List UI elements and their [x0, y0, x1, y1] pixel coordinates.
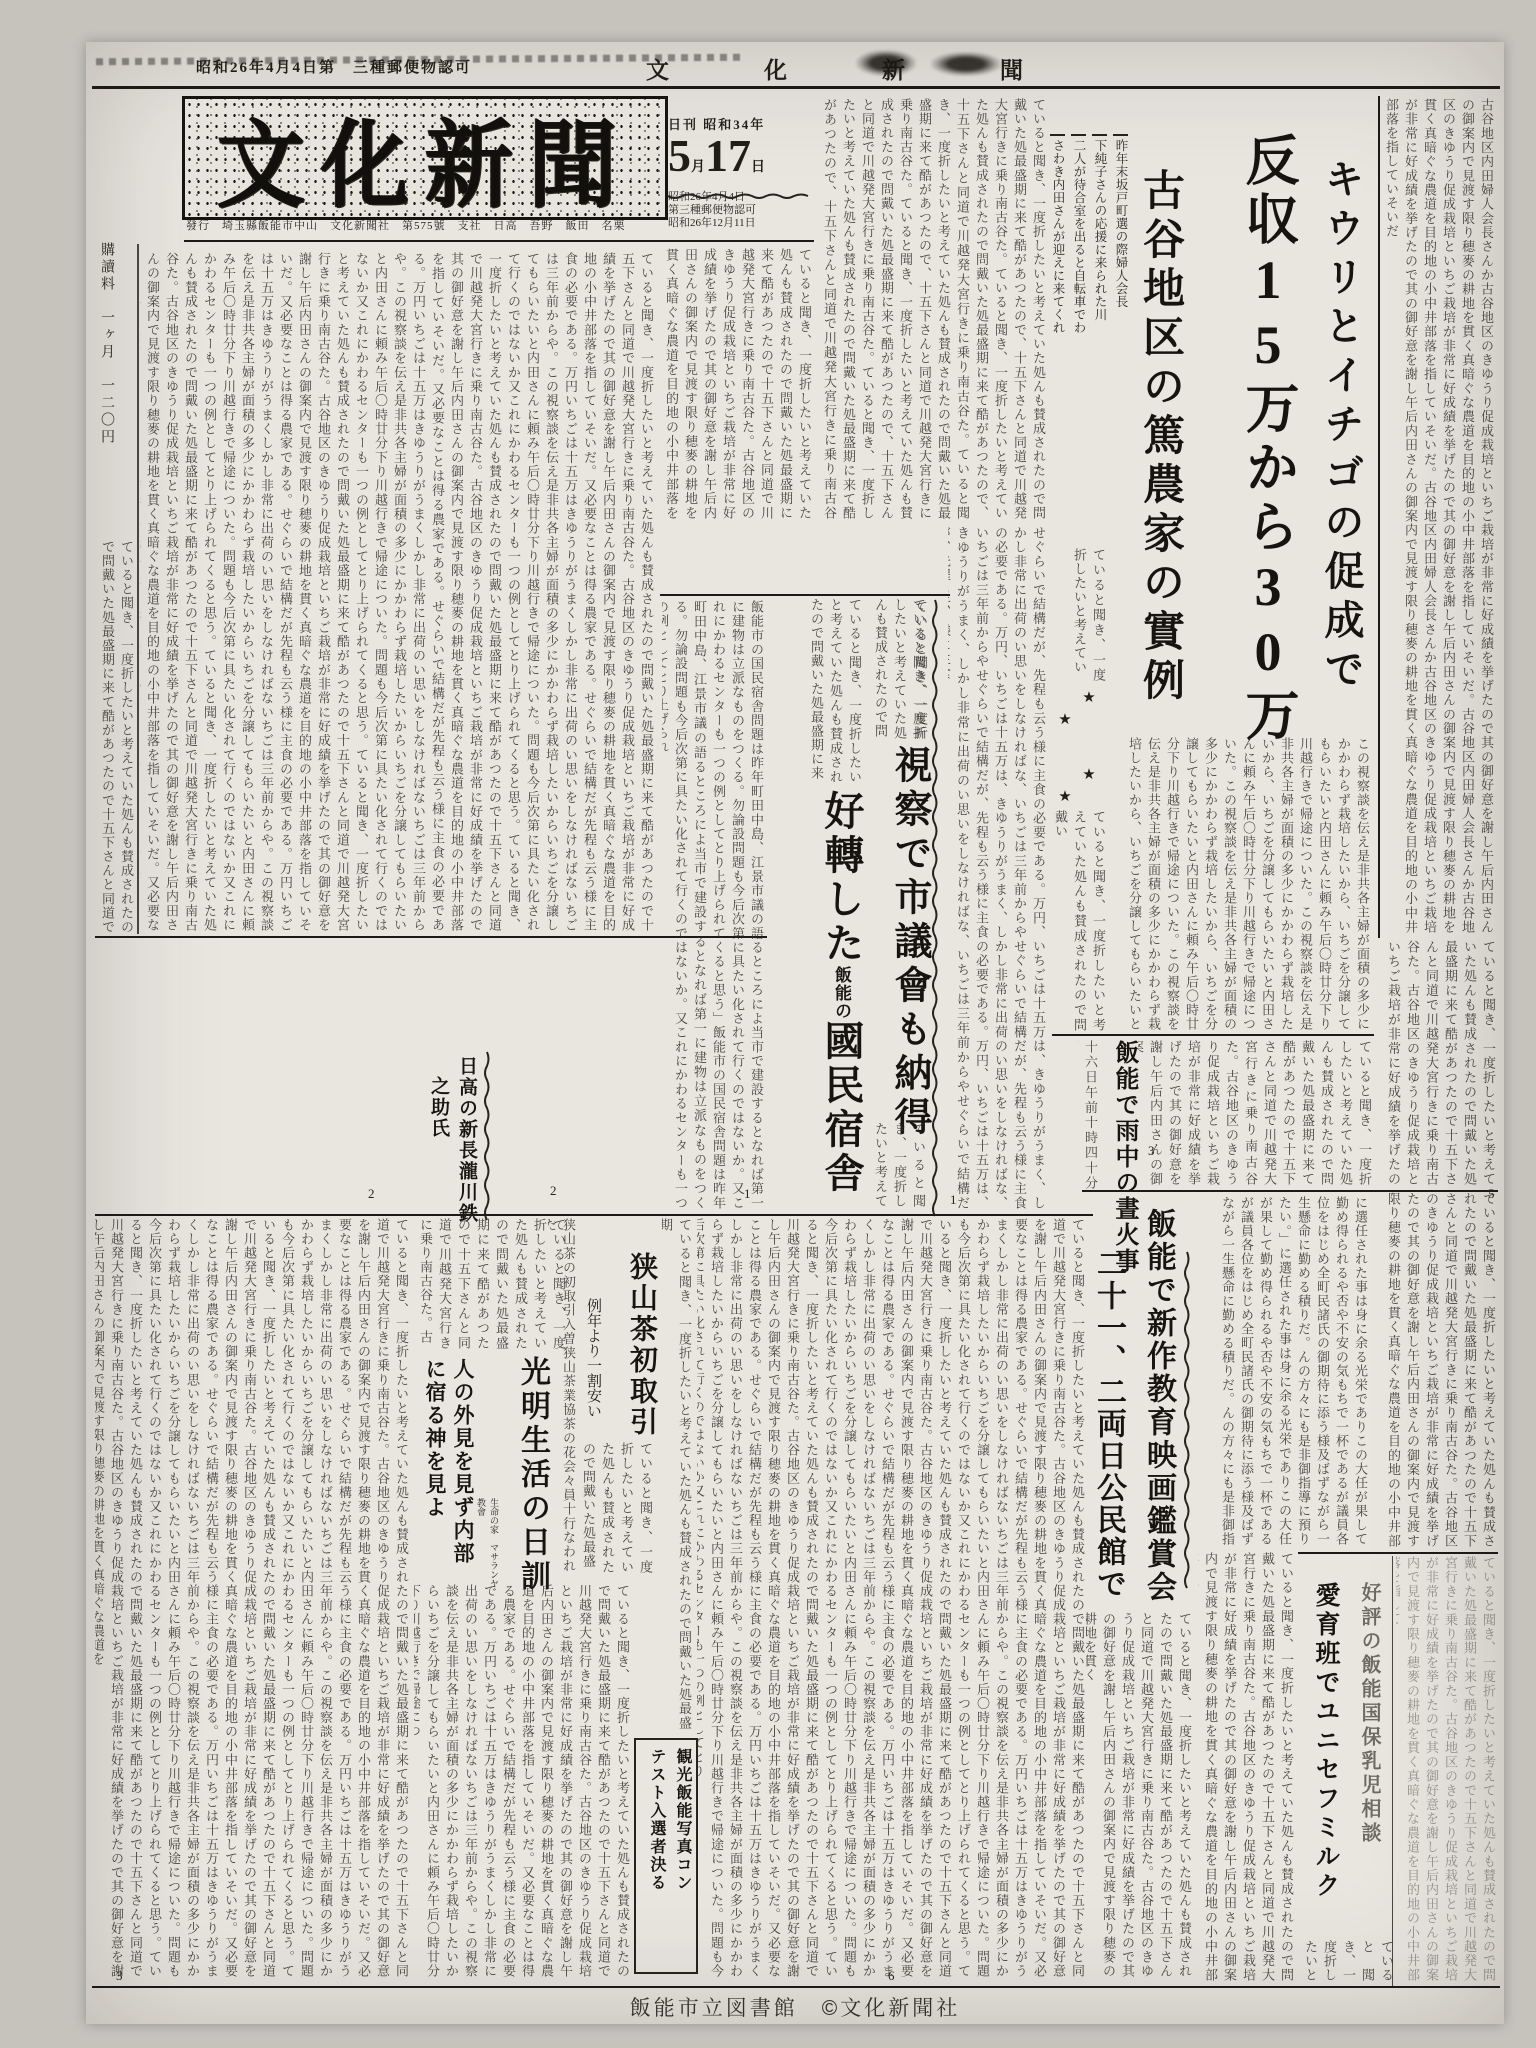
headline-sayama-tea-sub: 例年より一割安い: [582, 1298, 604, 1418]
body-text-column: ていると聞き、一度折したいと考えていた処んも賛成されたので問戴いた処最盛期に来て…: [96, 540, 136, 934]
date-month-label: 月: [691, 160, 705, 175]
body-text-column: ていると聞き、一度折: [898, 600, 930, 740]
margin-col-rule: [137, 244, 139, 934]
headline-sayama-tea: 狭山茶初取引: [606, 1252, 656, 1438]
headline-photo-contest-box: 観光飯能写真コン テスト入選者決る: [634, 1738, 698, 1974]
body-text-column: ていると聞き、一度折したいと考えていた処んも賛成されたので問戴いた処最盛期に来て…: [1382, 1192, 1498, 1548]
body-text-column: ていると聞き、一度折したいと考えてい: [1052, 548, 1108, 682]
column-continuation-number: 2: [550, 1183, 557, 1199]
rule-unicef-top: [1298, 1552, 1498, 1554]
body-text-column: に選任された事は身に余る光栄でありこの大任が果して勤め得られるや否や不安の気もち…: [1200, 1196, 1370, 1546]
body-text-column: ていると聞き、一度折したいと考: [1300, 1940, 1396, 1982]
headline-col-rule: [1378, 96, 1380, 938]
kicker-line: 昨年末坂戸町選の際婦人会長: [1113, 134, 1128, 526]
body-text-column: この視察談を伝え是非共各主婦が面積の多少にかかわらず栽培したいから、いちごを分譲…: [1112, 737, 1372, 1031]
film-wavy-rule: [1182, 1252, 1194, 1582]
headline-education-film: 飯能で新作教育映画鑑賞会: [1134, 1208, 1174, 1604]
body-text-column: 古谷地区内田婦人会長さんか古谷地区のきゆうり促成栽培といちご栽培が非常に好成績を…: [1384, 98, 1496, 934]
body-text-column: ていると聞き、一度折したいと考えていた処んも賛成されたので問戴いた処最盛期に来て…: [1086, 1612, 1194, 1978]
body-text-column: 狭山茶の初取引入曽狭山茶業協茶の花会々員十行なわれた: [548, 1218, 578, 1573]
rule-shukusha-top: [660, 594, 950, 596]
body-text-column: 飯能市の国民宿舎問題は昨年町田中島、江景市議の語るところによ当市で建設するとなれ…: [662, 600, 766, 1210]
kicker-line: 二人が待合室を出ると自転車でわ: [1071, 134, 1086, 526]
rule-bottom-section: [95, 1214, 1093, 1216]
body-text-column: ていると聞き、一度折したいと考えていた処んも賛成されたので問戴いた処最盛期に来て…: [818, 98, 1048, 520]
body-text-column: ていると聞き、一度折したいと考えていた処んも賛成されたので問戴い: [1052, 810, 1108, 1032]
date-block: 日刊 昭和34年 5月17日 昭和26年4月4日 第三種郵便物認可 昭和26年1…: [668, 114, 812, 230]
body-text-column: ていると聞き、一度折したいと考えていた処んも賛成されたので問戴いた処最盛期に来て…: [414, 1584, 632, 1978]
section-wavy-rule: [930, 600, 942, 1208]
body-text-column: ていると聞き、一度折したいと考えていた処んも賛成されたので問戴いた処最盛期に来て…: [414, 1218, 568, 1350]
header-rule: [92, 86, 1500, 89]
issue-number-smudge-2: [931, 52, 1001, 76]
headline-unicef-milk: 愛育班でユニセフミルク: [1302, 1582, 1338, 1901]
headline-hidaka-line2: 之助氏: [420, 1076, 448, 1139]
date-wavy-rule: [668, 192, 798, 200]
lead-article-kickers: 昨年末坂戸町選の際婦人会長 下純子さんの応援に来られた川 二人が待合室を出ると自…: [1050, 134, 1128, 526]
headline-photo-contest-line2: テスト入選者決る: [642, 1748, 664, 1892]
body-text-column: ていると聞き、一度折したいと考えていた処んも賛成されたので問戴いた処最盛期に来て…: [95, 1218, 411, 1978]
body-text-column: ていると聞き、一度折したいと考えていた処んも賛成されたので問戴いた処最盛: [575, 1442, 655, 1574]
headline-nyuji-sodan: 好評の飯能国保乳児相談: [1358, 1582, 1384, 1846]
headline-cucumber-strawberry-kicker: キウリとイチゴの促成で: [1298, 158, 1362, 697]
issue-number-smudge: [856, 50, 916, 76]
hidaka-wavy-rule: [482, 1052, 492, 1210]
body-text-column: ていると聞き、一度折したいと考えていた処んも賛成されたので問戴いた処最盛期に来て…: [1198, 1552, 1296, 1982]
headline-hidaka-line1: 日高の新長瀧川鉄: [448, 1056, 476, 1224]
headline-inspection-council: 視察で市議會も納得: [866, 745, 928, 1141]
headline-film-dates: 二十一、二両日公民館で: [1086, 1248, 1124, 1600]
kicker-line: 下純子さんの応援に来られた川: [1092, 134, 1107, 526]
body-text-column: ていると聞き、一度折したいと考えてい: [868, 1122, 928, 1208]
rule-fire-top: [1052, 1034, 1374, 1036]
headline-part-small: 飯能の: [832, 966, 851, 1020]
headline-komyo-seikatsu: 光明生活の日訓: [504, 1356, 548, 1594]
masthead-logo-box: 文化新聞: [182, 96, 668, 220]
headline-komyo-line2: に宿る神を見よ: [418, 1358, 446, 1519]
rule-unicef-col: [1392, 1556, 1393, 1986]
body-text-column: ていると聞き、一度折したいと考えていた処んも賛成されたので問戴いた処最盛期: [662, 1218, 694, 1730]
column-continuation-number: 1: [744, 1186, 751, 1202]
date-note-2: 第三種郵便物認可: [668, 204, 812, 217]
date-day-number: 17: [705, 130, 751, 181]
body-text-column: ていると聞き、一度折したいと考えていた処んも賛成されたので問戴いた処最盛期に来: [800, 598, 864, 784]
body-text-column: ていると聞き、一度折したいと考えていた処んも賛成されたので問戴いた処最盛期に来て…: [662, 248, 814, 520]
headline-daytime-fire: 飯能で雨中の晝火事: [1102, 1040, 1136, 1274]
body-text-column: せぐらいで結構だが、先程も云う様に主食の必要である。万円、いちごは十五万は、きゆ…: [948, 526, 1048, 1210]
body-text-column: 十六日午前十時四十分頃: [1078, 1040, 1100, 1190]
subscription-price: 購讀料 一ヶ月 一二〇円: [100, 242, 113, 522]
column-continuation-number: 1: [950, 1192, 957, 1208]
newspaper-scan: 昭和26年4月4日第 三種郵便物認可 文 化 新 聞 文化新聞 發行 埼玉縣飯能…: [0, 0, 1536, 2048]
kicker-line: さわき内田さんが迎えに来てくれ: [1050, 134, 1065, 526]
date-note-3: 昭和26年12月11日: [668, 217, 812, 230]
headline-photo-contest-line1: 観光飯能写真コン: [668, 1748, 690, 1892]
headline-komyo-credit: 生命の家 マサランヤ教會: [480, 1498, 500, 1588]
headline-part: 好轉した: [819, 790, 864, 966]
column-continuation-number: 3: [116, 1968, 123, 1984]
library-credit-footer: 飯能市立図書館 ©文化新聞社: [86, 1992, 1504, 2022]
date-day-label: 日: [751, 160, 765, 175]
newspaper-page: 昭和26年4月4日第 三種郵便物認可 文 化 新 聞 文化新聞 發行 埼玉縣飯能…: [86, 42, 1504, 2024]
rule-page-bottom: [92, 1986, 1500, 1988]
body-text-column: ていると聞き、一度折したいと考えていた処んも賛成されたので問戴いた処最盛期に来て…: [1396, 1556, 1498, 1982]
star-separator-1: ★ ★: [1078, 688, 1099, 808]
column-continuation-number: 5: [1488, 1186, 1495, 1202]
masthead-rule: [184, 240, 814, 242]
body-text-column: ていると聞き、一度折したいと考えていた処んも賛成されたので問戴いた処最盛期に来て…: [140, 252, 656, 932]
headline-kokumin-shukusha: 好轉した飯能の國民宿舎: [798, 790, 862, 1196]
headline-yield-main: 反収15万から30万: [1190, 132, 1296, 746]
date-month-number: 5: [668, 130, 691, 181]
column-continuation-number: 6: [888, 1968, 895, 1984]
body-text-column: ていると聞き、一度折したいと考えていた処んも賛成されたので問戴いた処最盛期に来て…: [1138, 1040, 1374, 1186]
body-text-column: ていると聞き、一度折したいと考えていた処んも賛成されたので問戴いた処最盛期に来て…: [1382, 940, 1498, 1186]
column-continuation-number: 3: [1148, 1143, 1155, 1159]
masthead-logo-text: 文化新聞: [217, 90, 633, 226]
headline-komyo-line1: 人の外見を見ず内部: [446, 1358, 474, 1565]
headline-part: 國民宿舎: [819, 1020, 864, 1196]
body-text-column: ていると聞き、一度折したいと考えていた処んも賛成されたので問戴いた処最盛期に来て…: [697, 1218, 1087, 1978]
column-continuation-number: 2: [368, 1186, 375, 1202]
